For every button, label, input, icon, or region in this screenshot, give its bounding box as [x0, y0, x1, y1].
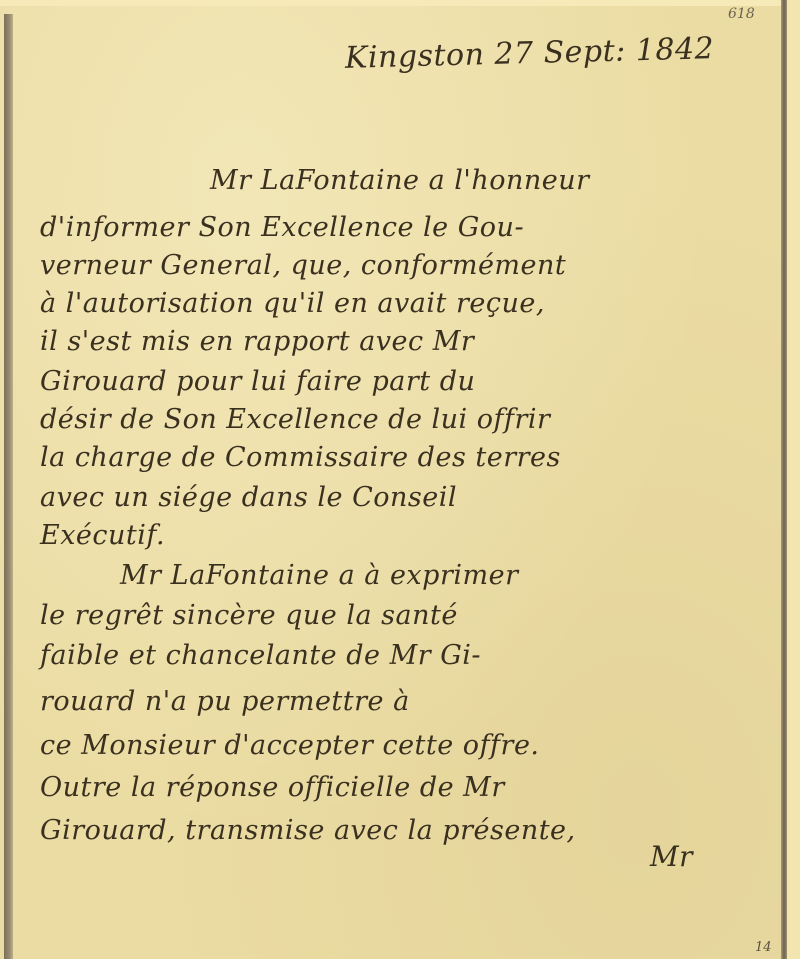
dateline: Kingston 27 Sept: 1842 [345, 31, 715, 76]
letter-line: il s'est mis en rapport avec Mr [40, 326, 474, 357]
catchword: Mr [650, 840, 693, 873]
letter-line: Girouard, transmise avec la présente, [40, 815, 576, 846]
letter-line: faible et chancelante de Mr Gi- [40, 640, 481, 671]
corner-note: 14 [755, 940, 772, 955]
letter-line: Exécutif. [40, 520, 165, 551]
letter-line: Outre la réponse officielle de Mr [40, 772, 505, 803]
letter-line: Mr LaFontaine a à exprimer [120, 560, 518, 591]
manuscript-page: 618 Kingston 27 Sept: 1842 Mr LaFontaine… [0, 0, 800, 959]
letter-line: désir de Son Excellence de lui offrir [40, 404, 550, 435]
letter-line: verneur General, que, conformément [40, 250, 566, 281]
page-top-margin [0, 0, 800, 6]
left-binding-edge [4, 14, 13, 959]
letter-line: le regrêt sincère que la santé [40, 600, 458, 631]
letter-line: Mr LaFontaine a l'honneur [210, 165, 590, 196]
letter-line: la charge de Commissaire des terres [40, 442, 561, 473]
letter-line: ce Monsieur d'accepter cette offre. [40, 730, 540, 761]
letter-line: à l'autorisation qu'il en avait reçue, [40, 288, 545, 319]
right-margin [787, 0, 800, 959]
letter-line: Girouard pour lui faire part du [40, 366, 475, 397]
letter-line: rouard n'a pu permettre à [40, 686, 410, 717]
folio-number: 618 [728, 6, 755, 22]
letter-line: avec un siége dans le Conseil [40, 482, 457, 513]
letter-line: d'informer Son Excellence le Gou- [40, 212, 524, 243]
